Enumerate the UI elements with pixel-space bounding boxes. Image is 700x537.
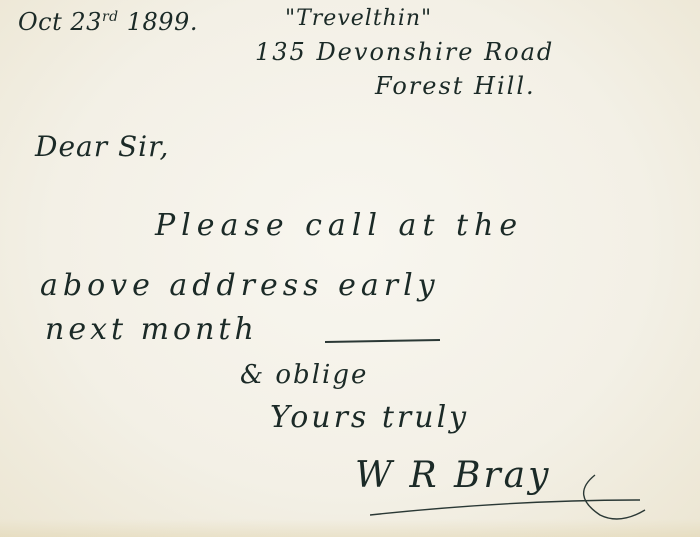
closing-oblige: & oblige — [240, 360, 368, 390]
body-line-2: above address early — [40, 268, 440, 303]
street-address: 135 Devonshire Road — [255, 38, 554, 66]
body-line-1: Please call at the — [155, 208, 523, 243]
letter-date: Oct 23rd 1899. — [18, 8, 198, 36]
date-day: Oct 23 — [18, 8, 102, 36]
salutation: Dear Sir, — [35, 130, 169, 163]
body-line-3: next month — [45, 312, 258, 347]
signature: W R Bray — [355, 455, 551, 496]
date-year: 1899. — [127, 8, 198, 36]
town-name: Forest Hill. — [375, 72, 536, 100]
dash-divider — [325, 339, 440, 343]
house-name: "Trevelthin" — [285, 6, 432, 31]
letter-page: Oct 23rd 1899. "Trevelthin" 135 Devonshi… — [0, 0, 700, 537]
closing-yours-truly: Yours truly — [270, 400, 469, 435]
date-suffix: rd — [102, 9, 119, 25]
